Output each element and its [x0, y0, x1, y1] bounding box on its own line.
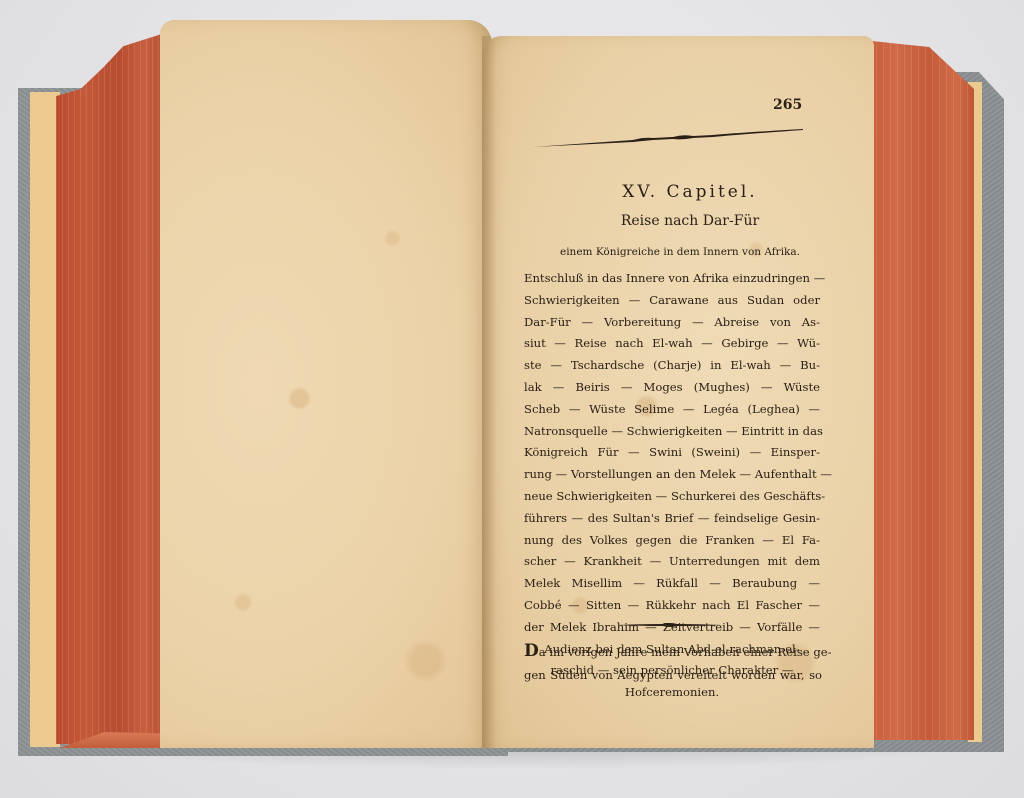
- summary-line: Melek Misellim — Rükfall — Beraubung —: [524, 573, 820, 595]
- summary-line: Natronsquelle — Schwierigkeiten — Eintri…: [524, 421, 820, 443]
- chapter-subtitle: Reise nach Dar-Für: [540, 213, 840, 229]
- summary-line: neue Schwierigkeiten — Schurkerei des Ge…: [524, 486, 820, 508]
- ornamental-rule-top: [533, 128, 803, 148]
- summary-line: nung des Volkes gegen die Franken — El F…: [524, 530, 820, 552]
- summary-line: Schwierigkeiten — Carawane aus Sudan ode…: [524, 290, 820, 312]
- summary-line: Königreich Für — Swini (Sweini) — Einspe…: [524, 442, 820, 464]
- page-number: 265: [773, 97, 802, 113]
- drop-cap: D: [524, 641, 539, 661]
- body-line: gen Süden von Aegypten vereitelt worden …: [524, 664, 822, 687]
- chapter-description: einem Königreiche in dem Innern von Afri…: [520, 246, 840, 258]
- ornamental-rule-bottom: [618, 621, 722, 629]
- left-page-edges: [56, 32, 168, 744]
- summary-line: lak — Beiris — Moges (Mughes) — Wüste: [524, 377, 820, 399]
- summary-line: Cobbé — Sitten — Rükkehr nach El Fascher…: [524, 595, 820, 617]
- summary-line: Scheb — Wüste Selime — Legéa (Leghea) —: [524, 399, 820, 421]
- summary-line: siut — Reise nach El-wah — Gebirge — Wü-: [524, 333, 820, 355]
- summary-line: Dar-Für — Vorbereitung — Abreise von As-: [524, 312, 820, 334]
- foxing-spots: [160, 20, 492, 748]
- body-text: Da im vorigen Jahre mein Vorhaben einer …: [524, 640, 822, 687]
- left-page: [160, 20, 492, 748]
- chapter-title: XV. Capitel.: [540, 182, 840, 202]
- body-line: Da im vorigen Jahre mein Vorhaben einer …: [524, 640, 822, 664]
- summary-line: rung — Vorstellungen an den Melek — Aufe…: [524, 464, 820, 486]
- summary-line: scher — Krankheit — Unterredungen mit de…: [524, 551, 820, 573]
- summary-line: Entschluß in das Innere von Afrika einzu…: [524, 268, 820, 290]
- chapter-summary: Entschluß in das Innere von Afrika einzu…: [524, 268, 820, 704]
- right-page-edges: [862, 40, 974, 740]
- book-gutter: [482, 36, 496, 748]
- summary-line: führers — des Sultan's Brief — feindseli…: [524, 508, 820, 530]
- summary-line: ste — Tschardsche (Charje) in El-wah — B…: [524, 355, 820, 377]
- left-endpaper: [30, 92, 60, 747]
